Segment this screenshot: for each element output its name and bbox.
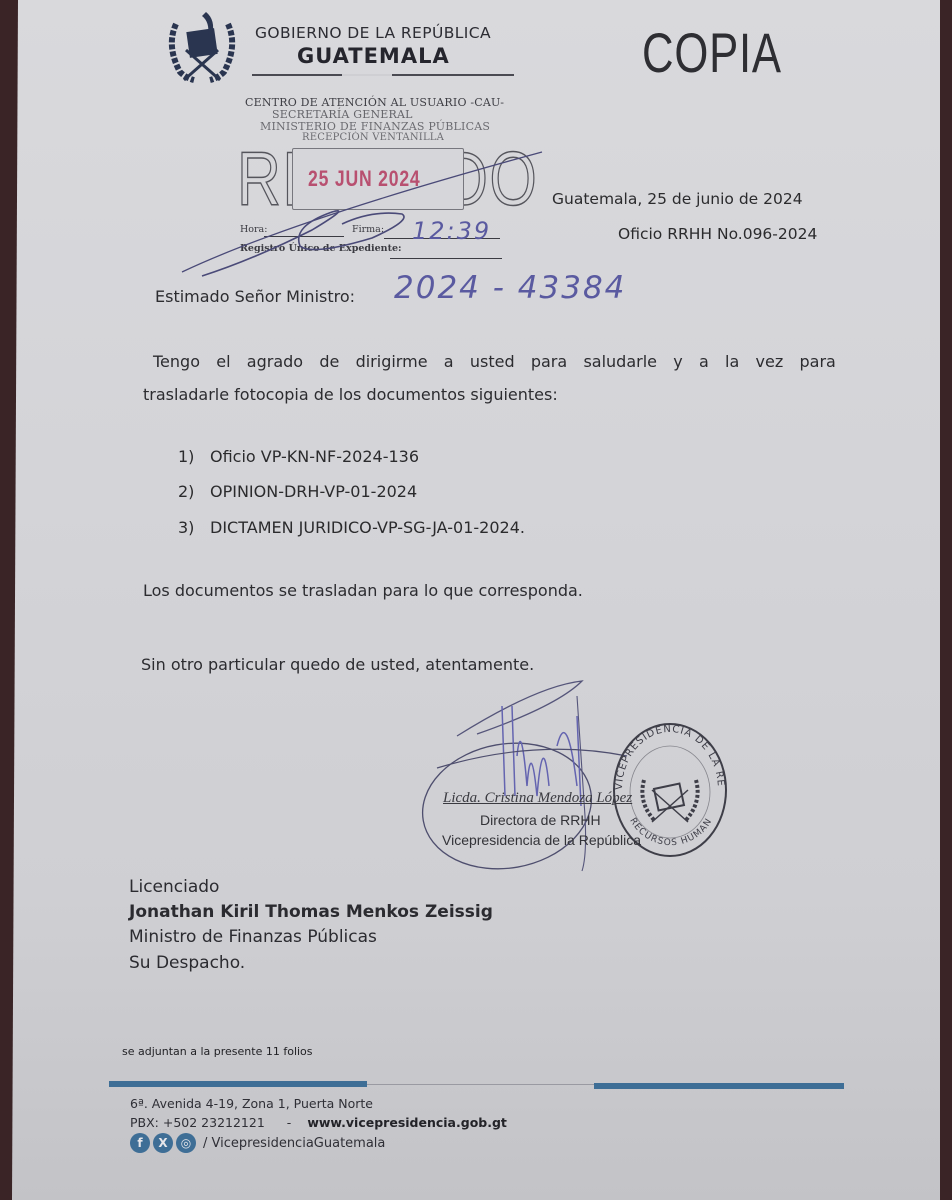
signatory-title: Directora de RRHH [480, 812, 601, 828]
paragraph-word: y [673, 352, 682, 371]
paragraph-2: Los documentos se trasladan para lo que … [143, 581, 583, 600]
footer-accent-bar-right [594, 1083, 844, 1089]
footer-accent-bar-left [109, 1081, 367, 1087]
paragraph-word: la [725, 352, 739, 371]
document-list-item: 2)OPINION-DRH-VP-01-2024 [178, 482, 417, 501]
paragraph-word: agrado [247, 352, 303, 371]
paragraph-word: para [531, 352, 567, 371]
footer-website-link[interactable]: www.vicepresidencia.gob.gt [307, 1115, 507, 1130]
signatory-name: Licda. Cristina Mendoza López [443, 790, 632, 807]
list-text: OPINION-DRH-VP-01-2024 [210, 482, 417, 501]
addressee-location: Su Despacho. [129, 953, 245, 973]
handwritten-expediente-number: 2024 - 43384 [394, 270, 626, 306]
paragraph-word: para [800, 352, 836, 371]
paragraph-word: a [444, 352, 454, 371]
country-name: GUATEMALA [297, 44, 450, 68]
paragraph-word: Tengo [153, 352, 200, 371]
footer-contact: PBX: +502 23212121-www.vicepresidencia.g… [130, 1115, 507, 1130]
footer-social: f X ◎ / VicepresidenciaGuatemala [130, 1133, 385, 1153]
footer-divider [367, 1084, 594, 1085]
addressee-name: Jonathan Kiril Thomas Menkos Zeissig [129, 902, 493, 922]
list-text: Oficio VP-KN-NF-2024-136 [210, 447, 419, 466]
facebook-icon[interactable]: f [130, 1133, 150, 1153]
paragraph-1-line-1: Tengoelagradodedirigirmeaustedparasaluda… [153, 352, 836, 371]
list-number: 3) [178, 518, 210, 537]
list-text: DICTAMEN JURIDICO-VP-SG-JA-01-2024. [210, 518, 525, 537]
copy-mark: COPIA [642, 20, 782, 85]
paragraph-word: de [319, 352, 339, 371]
footer-address: 6ª. Avenida 4-19, Zona 1, Puerta Norte [130, 1096, 373, 1111]
paragraph-word: usted [470, 352, 515, 371]
government-name: GOBIERNO DE LA REPÚBLICA [255, 24, 491, 42]
salutation: Estimado Señor Ministro: [155, 287, 355, 306]
closing-line: Sin otro particular quedo de usted, aten… [141, 655, 534, 674]
place-and-date: Guatemala, 25 de junio de 2024 [552, 190, 803, 208]
addressee-honorific: Licenciado [129, 877, 219, 897]
header-rule-gap [342, 74, 392, 76]
coat-of-arms-icon [162, 6, 242, 86]
paragraph-word: dirigirme [356, 352, 428, 371]
document-page: GOBIERNO DE LA REPÚBLICA GUATEMALA COPIA… [12, 0, 940, 1200]
paragraph-word: a [699, 352, 709, 371]
document-list-item: 1)Oficio VP-KN-NF-2024-136 [178, 447, 419, 466]
paragraph-word: vez [756, 352, 784, 371]
attachment-note: se adjuntan a la presente 11 folios [122, 1045, 313, 1058]
list-number: 1) [178, 447, 210, 466]
x-twitter-icon[interactable]: X [153, 1133, 173, 1153]
social-handle[interactable]: / VicepresidenciaGuatemala [203, 1136, 385, 1151]
document-reference: Oficio RRHH No.096-2024 [618, 225, 817, 243]
footer-phone: PBX: +502 23212121 [130, 1115, 265, 1130]
paragraph-1-line-2: trasladarle fotocopia de los documentos … [143, 385, 558, 404]
stamp-initials-scribble-icon [172, 150, 552, 280]
paragraph-word: saludarle [583, 352, 657, 371]
document-list-item: 3)DICTAMEN JURIDICO-VP-SG-JA-01-2024. [178, 518, 525, 537]
instagram-icon[interactable]: ◎ [176, 1133, 196, 1153]
paragraph-word: el [216, 352, 230, 371]
signatory-organization: Vicepresidencia de la República [442, 832, 641, 848]
footer-separator: - [287, 1115, 292, 1130]
list-number: 2) [178, 482, 210, 501]
addressee-position: Ministro de Finanzas Públicas [129, 927, 377, 947]
